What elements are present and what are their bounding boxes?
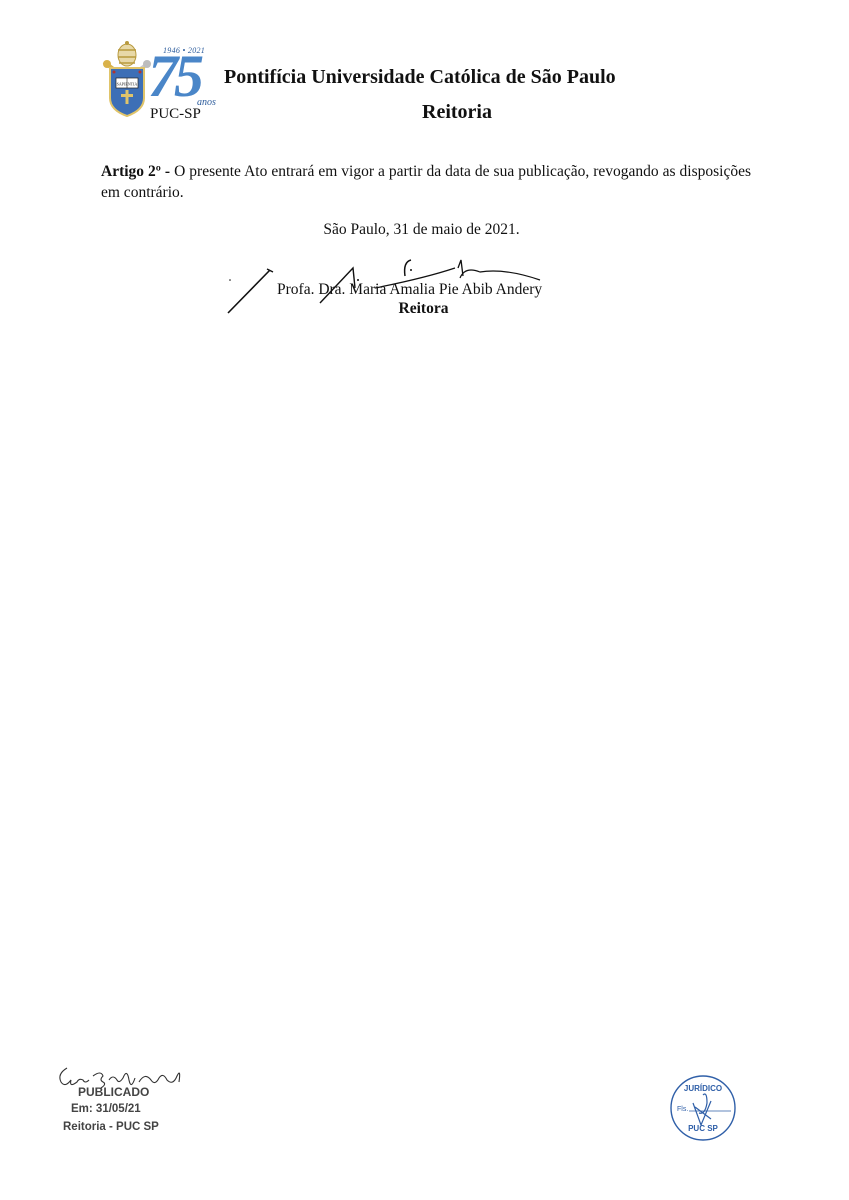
institution-title: Pontifícia Universidade Católica de São … bbox=[224, 66, 616, 89]
article-paragraph: Artigo 2º - O presente Ato entrará em vi… bbox=[101, 161, 751, 203]
legal-department-stamp: JURÍDICO Fls. PUC SP bbox=[667, 1073, 739, 1143]
anniversary-years: 1946 • 2021 bbox=[163, 46, 205, 55]
anniversary-number: 75 bbox=[148, 46, 200, 106]
signatory-name: Profa. Dra. Maria Amalia Pie Abib Andery bbox=[277, 281, 542, 299]
published-office: Reitoria - PUC SP bbox=[63, 1121, 159, 1133]
published-date: Em: 31/05/21 bbox=[71, 1103, 141, 1115]
svg-text:SAPIENTIA: SAPIENTIA bbox=[117, 82, 138, 87]
dateline: São Paulo, 31 de maio de 2021. bbox=[0, 221, 849, 239]
signatory-role: Reitora bbox=[0, 300, 849, 318]
department-title: Reitoria bbox=[0, 101, 849, 124]
published-label: PUBLICADO bbox=[78, 1085, 149, 1099]
legal-stamp-initials-icon bbox=[693, 1094, 711, 1125]
legal-stamp-field: Fls. bbox=[677, 1106, 688, 1113]
legal-stamp-bottom: PUC SP bbox=[688, 1124, 718, 1133]
article-text: O presente Ato entrará em vigor a partir… bbox=[101, 163, 751, 201]
legal-stamp-top: JURÍDICO bbox=[684, 1084, 722, 1093]
dateline-text: São Paulo, 31 de maio de 2021. bbox=[323, 221, 519, 238]
article-label: Artigo 2º - bbox=[101, 163, 170, 180]
signatory-role-text: Reitora bbox=[399, 300, 449, 317]
published-stamp: PUBLICADO Em: 31/05/21 Reitoria - PUC SP bbox=[55, 1060, 195, 1140]
